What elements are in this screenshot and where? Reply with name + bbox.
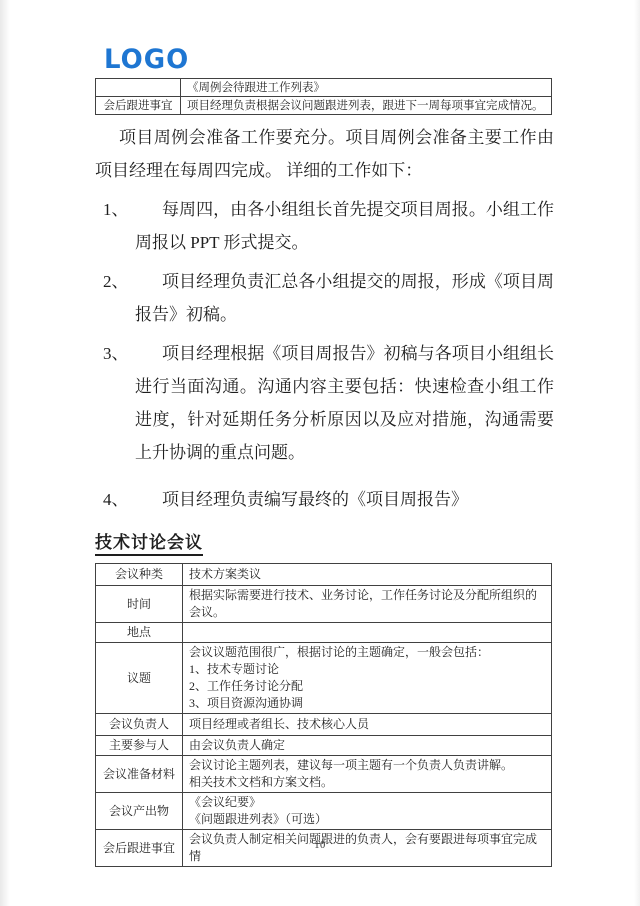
list-item-number: 4、	[103, 483, 129, 516]
row-label-cell: 会议种类	[96, 564, 183, 586]
row-content-cell: 根据实际需要进行技术、业务讨论，工作任务讨论及分配所组织的会议。	[183, 586, 552, 623]
table-row: 会议种类 技术方案类议	[96, 564, 552, 586]
cell-line: 《问题跟进列表》（可选）	[189, 811, 545, 828]
list-item-number: 3、	[103, 337, 129, 370]
company-logo: LOGO	[104, 47, 189, 74]
list-item: 3、 项目经理根据《项目周报告》初稿与各项目小组组长进行当面沟通。沟通内容主要包…	[95, 337, 554, 469]
row-content-cell: 会议讨论主题列表，建议每一项主题有一个负责人负责讲解。 相关技术文档和方案文档。	[183, 756, 552, 793]
table-row: 会议准备材料 会议讨论主题列表，建议每一项主题有一个负责人负责讲解。 相关技术文…	[96, 756, 552, 793]
table-row: 时间 根据实际需要进行技术、业务讨论，工作任务讨论及分配所组织的会议。	[96, 586, 552, 623]
cell-line: 2、工作任务讨论分配	[189, 678, 545, 695]
list-item-text: 项目经理负责编写最终的《项目周报告》	[162, 490, 468, 509]
row-content-cell: 《会议纪要》 《问题跟进列表》（可选）	[183, 793, 552, 830]
row-label-cell: 时间	[96, 586, 183, 623]
list-item-text: 项目经理负责汇总各小组提交的周报，形成《项目周报告》初稿。	[135, 272, 554, 324]
cell-line: 相关技术文档和方案文档。	[189, 774, 545, 791]
cell-line: 会议讨论主题列表，建议每一项主题有一个负责人负责讲解。	[189, 757, 545, 774]
row-label-cell: 会议准备材料	[96, 756, 183, 793]
row-content-cell: 《周例会待跟进工作列表》	[181, 79, 552, 97]
row-content-cell: 项目经理或者组长、技术核心人员	[183, 714, 552, 736]
row-content-cell: 由会议负责人确定	[183, 736, 552, 756]
scan-shadow-left	[0, 0, 10, 906]
row-label-cell: 会议产出物	[96, 793, 183, 830]
row-label-cell: 会议负责人	[96, 714, 183, 736]
intro-paragraph: 项目周例会准备工作要充分。项目周例会准备主要工作由项目经理在每周四完成。 详细的…	[95, 121, 554, 187]
row-content-cell: 技术方案类议	[183, 564, 552, 586]
section-heading-text: 技术讨论会议	[95, 532, 203, 556]
body-content: 项目周例会准备工作要充分。项目周例会准备主要工作由项目经理在每周四完成。 详细的…	[95, 121, 554, 867]
table-row: 主要参与人 由会议负责人确定	[96, 736, 552, 756]
document-page: LOGO 《周例会待跟进工作列表》 会后跟进事宜 项目经理负责根据会议问题跟进列…	[0, 0, 640, 906]
table-row: 会议产出物 《会议纪要》 《问题跟进列表》（可选）	[96, 793, 552, 830]
row-content-cell: 会议议题范围很广，根据讨论的主题确定，一般会包括： 1、技术专题讨论 2、工作任…	[183, 643, 552, 714]
row-content-cell: 项目经理负责根据会议问题跟进列表，跟进下一周每项事宜完成情况。	[181, 97, 552, 115]
list-item-number: 1、	[103, 193, 129, 226]
followup-continuation-table: 《周例会待跟进工作列表》 会后跟进事宜 项目经理负责根据会议问题跟进列表，跟进下…	[95, 78, 552, 115]
table-row: 议题 会议议题范围很广，根据讨论的主题确定，一般会包括： 1、技术专题讨论 2、…	[96, 643, 552, 714]
row-content-cell	[183, 623, 552, 643]
table-row: 地点	[96, 623, 552, 643]
scan-shadow-right	[634, 0, 640, 906]
list-item: 1、 每周四，由各小组组长首先提交项目周报。小组工作周报以 PPT 形式提交。	[95, 193, 554, 259]
cell-line: 《会议纪要》	[189, 794, 545, 811]
list-item: 4、 项目经理负责编写最终的《项目周报告》	[95, 483, 554, 516]
page-number: 10	[0, 840, 640, 851]
section-heading: 技术讨论会议	[95, 532, 554, 556]
list-item-text: 项目经理根据《项目周报告》初稿与各项目小组组长进行当面沟通。沟通内容主要包括：快…	[135, 344, 554, 462]
row-label-cell: 议题	[96, 643, 183, 714]
table-row: 《周例会待跟进工作列表》	[96, 79, 552, 97]
list-item-text: 每周四，由各小组组长首先提交项目周报。小组工作周报以 PPT 形式提交。	[135, 200, 554, 252]
row-label-cell: 地点	[96, 623, 183, 643]
row-label-cell: 会后跟进事宜	[96, 97, 181, 115]
cell-line: 1、技术专题讨论	[189, 661, 545, 678]
table-row: 会后跟进事宜 项目经理负责根据会议问题跟进列表，跟进下一周每项事宜完成情况。	[96, 97, 552, 115]
row-label-cell	[96, 79, 181, 97]
meeting-details-table: 会议种类 技术方案类议 时间 根据实际需要进行技术、业务讨论，工作任务讨论及分配…	[95, 563, 552, 867]
row-label-cell: 主要参与人	[96, 736, 183, 756]
list-item-number: 2、	[103, 265, 129, 298]
cell-line: 会议议题范围很广，根据讨论的主题确定，一般会包括：	[189, 644, 545, 661]
list-item: 2、 项目经理负责汇总各小组提交的周报，形成《项目周报告》初稿。	[95, 265, 554, 331]
table-row: 会议负责人 项目经理或者组长、技术核心人员	[96, 714, 552, 736]
cell-line: 3、项目资源沟通协调	[189, 695, 545, 712]
